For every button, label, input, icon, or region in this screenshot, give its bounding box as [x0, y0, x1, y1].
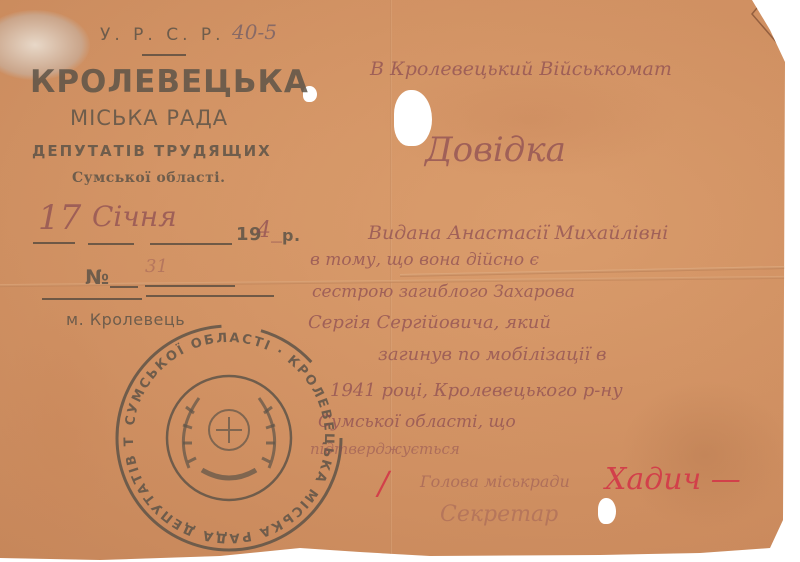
red-mark: /: [378, 464, 389, 502]
year-marker: р.: [282, 226, 301, 245]
date-day: 17: [38, 198, 81, 238]
date-month: Січня: [92, 200, 177, 233]
document-paper: У. Р. С. Р. 40-5 КРОЛЕВЕЦЬКА МІСЬКА РАДА…: [0, 0, 800, 562]
date-month-underline: [88, 243, 134, 245]
body-line: Видана Анастасії Михайлівні: [368, 222, 668, 244]
body-line: 1941 році, Кролевецького р-ну: [330, 380, 623, 401]
date-year-suffix: 4_: [257, 218, 282, 243]
letterhead-divider: [142, 54, 186, 56]
body-line: Сергія Сергійовича, який: [308, 312, 551, 333]
document-title: Довідка: [425, 130, 566, 170]
body-line: загинув по мобілізації в: [378, 344, 606, 365]
council-type: МІСЬКА РАДА: [70, 106, 228, 130]
fold-line-vertical: [390, 0, 392, 556]
number-label: №: [85, 265, 110, 289]
number-underline: [145, 285, 235, 287]
date-day-underline: [33, 242, 75, 244]
official-seal: СУМСЬКОЇ ОБЛАСТІ · КРОЛЕВЕЦЬКА МІСЬКА РА…: [104, 318, 354, 558]
number-underline: [42, 298, 142, 300]
body-line: Сумської області, що: [318, 412, 516, 432]
paper-hole: [598, 498, 616, 524]
closing-signature: Секретар: [440, 502, 558, 527]
closing-title: Голова міськради: [420, 472, 570, 491]
region-label: Сумської області.: [72, 170, 225, 186]
number-value: 31: [145, 256, 168, 277]
stain: [0, 300, 120, 560]
date-month-underline: [150, 243, 232, 245]
coat-of-arms-icon: [183, 398, 275, 478]
torn-corner-crease: [730, 0, 800, 70]
addressee: В Кролевецький Військкомат: [370, 58, 672, 80]
body-line: сестрою загиблого Захарова: [312, 282, 575, 302]
republic-label: У. Р. С. Р.: [100, 25, 225, 45]
body-line: підтверджується: [310, 440, 460, 458]
council-name: КРОЛЕВЕЦЬКА: [30, 64, 309, 100]
red-signature: Хадич —: [605, 462, 741, 497]
body-line: в тому, що вона дійсно є: [310, 250, 539, 270]
handwritten-number: 40-5: [232, 20, 277, 44]
deputies-label: ДЕПУТАТІВ ТРУДЯЩИХ: [32, 142, 272, 160]
number-underline: [146, 295, 274, 297]
stain: [620, 380, 790, 530]
number-underline: [110, 286, 138, 288]
